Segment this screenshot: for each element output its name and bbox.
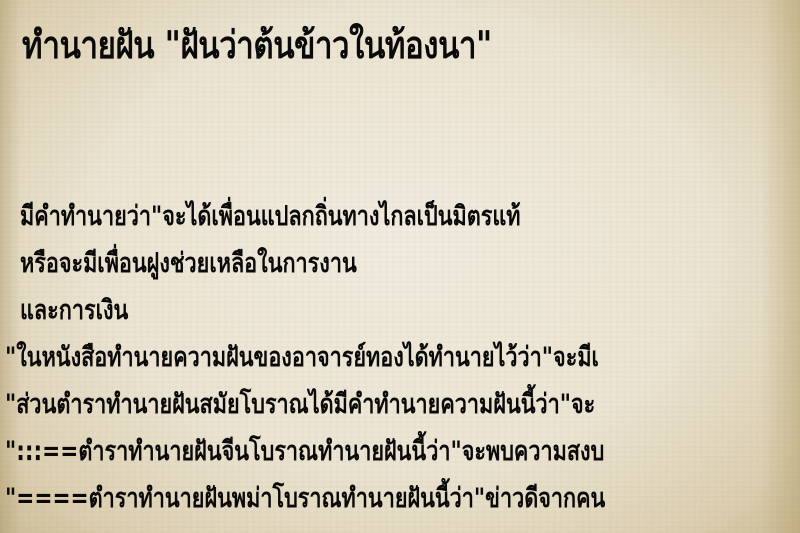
source-line-teacher-thong: "ในหนังสือทำนายความฝันของอาจารย์ทองได้ทำ… [5, 335, 599, 378]
source-line-ancient-text: "ส่วนตำราทำนายฝันสมัยโบราณได้มีคำทำนายคว… [5, 382, 595, 425]
source-line-chinese-text: ":::==ตำราทำนายฝันจีนโบราณทำนายฝันนี้ว่า… [5, 429, 604, 472]
paper-edge-right [760, 0, 800, 533]
prediction-line-2: หรือจะมีเพื่อนฝูงช่วยเหลือในการงาน [20, 241, 357, 284]
prediction-line-3: และการเงิน [20, 288, 128, 331]
prediction-line-1: มีคำทำนายว่า"จะได้เพื่อนแปลกถิ่นทางไกลเป… [20, 194, 521, 237]
source-line-burmese-text: "====ตำราทำนายฝันพม่าโบราณทำนายฝันนี้ว่า… [5, 476, 605, 519]
page-title: ทำนายฝัน "ฝันว่าต้นข้าวในท้องนา" [22, 14, 492, 75]
